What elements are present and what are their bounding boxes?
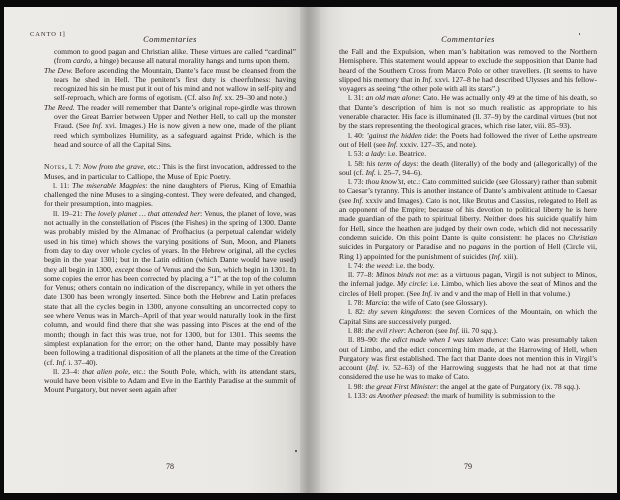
paragraph: l. 88: the evil river: Acheron (see Inf.… bbox=[339, 326, 597, 335]
paragraph: The Dew. Before ascending the Mountain, … bbox=[44, 66, 296, 103]
right-page-number: 79 bbox=[339, 462, 597, 471]
right-page-text: the Fall and the Expulsion, when man’s h… bbox=[339, 47, 597, 400]
page-gutter bbox=[300, 7, 320, 493]
left-page-number: 78 bbox=[44, 462, 296, 471]
paragraph: ll. 89–90: the edict made when I was tak… bbox=[339, 335, 597, 381]
paragraph: ll. 77–8: Minos binds not me: as a virtu… bbox=[339, 270, 597, 298]
left-page-title: Commentaries bbox=[143, 35, 197, 44]
paragraph: l. 74: the weed: i.e. the body. bbox=[339, 261, 597, 270]
paragraph: l. 133: as Another pleased: the mark of … bbox=[339, 391, 597, 400]
scan-speck bbox=[295, 450, 297, 452]
left-page-text: common to good pagan and Christian alike… bbox=[44, 47, 296, 395]
paragraph: l. 53: a lady: i.e. Beatrice. bbox=[339, 149, 597, 158]
paragraph: l. 58: his term of days: the death (lite… bbox=[339, 159, 597, 178]
scan-speck bbox=[579, 33, 580, 35]
right-page: Commentaries the Fall and the Expulsion,… bbox=[320, 7, 617, 493]
right-page-title: Commentaries bbox=[441, 35, 495, 44]
paragraph: l. 31: an old man alone: Cato. He was ac… bbox=[339, 93, 597, 130]
paragraph: l. 82: thy seven kingdoms: the seven Cor… bbox=[339, 307, 597, 326]
paragraph: the Fall and the Expulsion, when man’s h… bbox=[339, 47, 597, 93]
paragraph: ll. 19–21: The lovely planet … that atte… bbox=[44, 209, 296, 367]
paragraph: l. 98: the great First Minister: the ang… bbox=[339, 382, 597, 391]
paragraph: Notes, l. 7: Now from the grave, etc.: T… bbox=[44, 162, 296, 181]
paragraph: l. 78: Marcia: the wife of Cato (see Glo… bbox=[339, 298, 597, 307]
paragraph: The Reed. The reader will remember that … bbox=[44, 103, 296, 149]
book-spread: CANTO I] Commentaries common to good pag… bbox=[4, 7, 617, 493]
left-running-head: CANTO I] Commentaries bbox=[44, 29, 296, 41]
right-running-head: Commentaries bbox=[339, 29, 597, 41]
left-page: CANTO I] Commentaries common to good pag… bbox=[4, 7, 300, 493]
paragraph: l. 40: ’gainst the hidden tide: the Poet… bbox=[339, 131, 597, 150]
canto-label: CANTO I] bbox=[30, 31, 66, 38]
paragraph: ll. 23–4: that alien pole, etc.: the Sou… bbox=[44, 367, 296, 395]
paragraph: common to good pagan and Christian alike… bbox=[44, 47, 296, 66]
paragraph: l. 11: The miserable Magpies: the nine d… bbox=[44, 181, 296, 209]
paragraph: l. 73: thou know’st, etc.: Cato committe… bbox=[339, 177, 597, 261]
